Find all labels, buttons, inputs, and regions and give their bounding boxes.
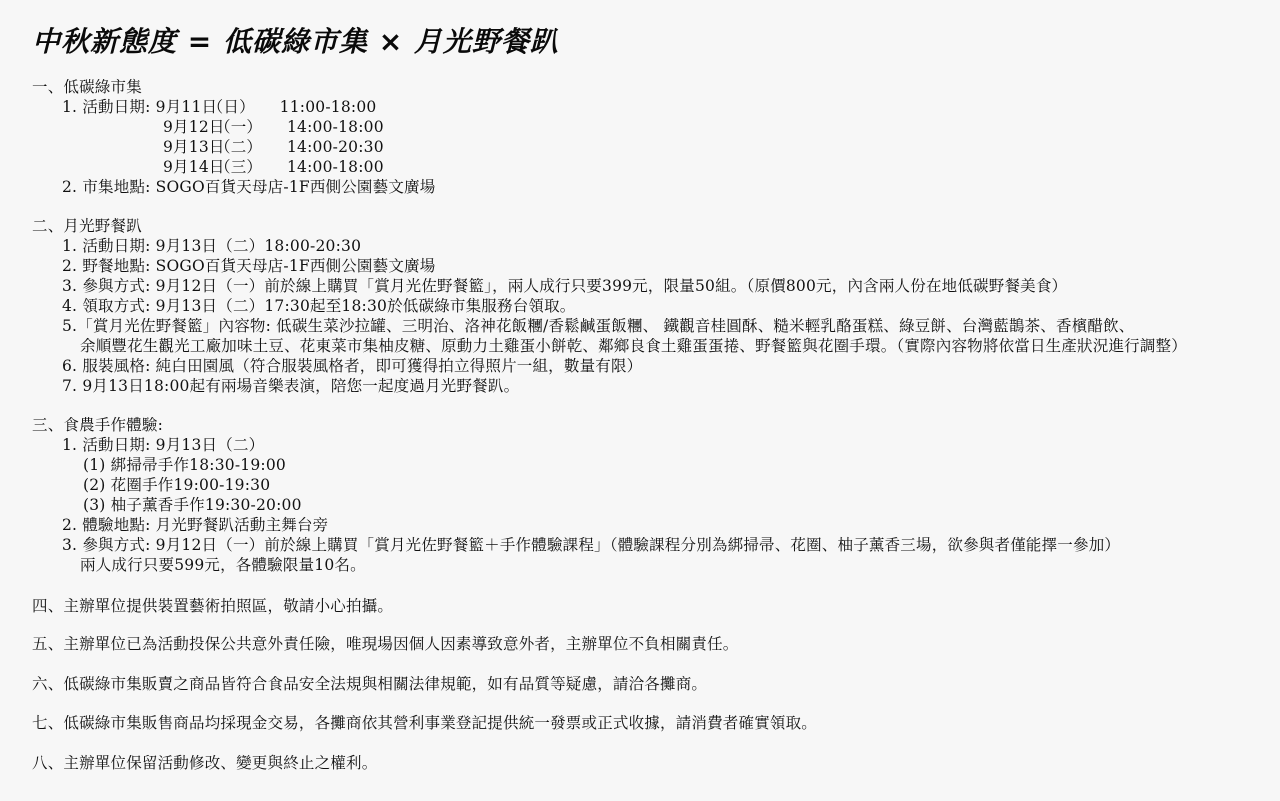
section-heading-workshop: 三、食農手作體驗: (32, 415, 163, 435)
market-dates-row-3: 9月13日 （二）14:00-20:30 (163, 137, 384, 157)
note-rights-reserved: 八、主辦單位保留活動修改、變更與終止之權利。 (32, 753, 377, 773)
market-time: 11:00-18:00 (280, 98, 377, 116)
market-dates-row-1: 1. 活動日期: 9月11日（日）11:00-18:00 (62, 97, 376, 117)
market-dates-row-4: 9月14日 （三）14:00-18:00 (163, 157, 384, 177)
workshop-participation: 3. 參與方式: 9月12日（一）前於線上購買「賞月光佐野餐籃＋手作體驗課程」（… (62, 535, 1120, 555)
market-weekday: （日） (208, 97, 280, 117)
page-title: 中秋新態度 = 低碳綠市集 × 月光野餐趴 (32, 24, 559, 60)
note-insurance: 五、主辦單位已為活動投保公共意外責任險，唯現場因個人因素導致意外者，主辦單位不負… (32, 634, 739, 654)
market-time: 14:00-20:30 (287, 138, 384, 156)
picnic-item-dresscode: 6. 服裝風格: 純白田園風（符合服裝風格者，即可獲得拍立得照片一組，數量有限） (62, 356, 642, 376)
section-heading-picnic: 二、月光野餐趴 (32, 216, 142, 236)
market-weekday: （三） (215, 157, 287, 177)
section-heading-market: 一、低碳綠市集 (32, 77, 142, 97)
market-weekday: （二） (215, 137, 287, 157)
market-date: 9月13日 (163, 137, 215, 157)
market-dates-label: 1. 活動日期: (62, 98, 156, 116)
picnic-item-contents: 5.「賞月光佐野餐籃」內容物: 低碳生菜沙拉罐、三明治、洛神花飯糰/香鬆鹹蛋飯糰… (62, 316, 1135, 336)
picnic-item-participation: 3. 參與方式: 9月12日（一）前於線上購買「賞月光佐野餐籃」，兩人成行只要3… (62, 276, 1067, 296)
picnic-item-location: 2. 野餐地點: SOGO百貨天母店-1F西側公園藝文廣場 (62, 256, 435, 276)
market-dates-row-2: 9月12日 （一）14:00-18:00 (163, 117, 384, 137)
picnic-item-pickup: 4. 領取方式: 9月13日（二）17:30起至18:30於低碳綠市集服務台領取… (62, 296, 576, 316)
market-date: 9月14日 (163, 157, 215, 177)
note-photo-area: 四、主辦單位提供裝置藝術拍照區，敬請小心拍攝。 (32, 596, 393, 616)
workshop-session-2: (2) 花圈手作19:00-19:30 (83, 475, 270, 495)
market-weekday: （一） (215, 117, 287, 137)
picnic-item-date: 1. 活動日期: 9月13日（二）18:00-20:30 (62, 236, 361, 256)
market-time: 14:00-18:00 (287, 158, 384, 176)
picnic-item-music: 7. 9月13日18:00起有兩場音樂表演，陪您一起度過月光野餐趴。 (62, 376, 519, 396)
workshop-participation-cont: 兩人成行只要599元，各體驗限量10名。 (80, 555, 366, 575)
market-date: 9月11日 (156, 97, 208, 117)
workshop-date: 1. 活動日期: 9月13日（二） (62, 435, 264, 455)
note-food-safety: 六、低碳綠市集販賣之商品皆符合食品安全法規與相關法律規範，如有品質等疑慮，請洽各… (32, 674, 707, 694)
market-location: 2. 市集地點: SOGO百貨天母店-1F西側公園藝文廣場 (62, 177, 435, 197)
workshop-location: 2. 體驗地點: 月光野餐趴活動主舞台旁 (62, 515, 328, 535)
picnic-item-contents-cont: 余順豐花生觀光工廠加味土豆、花東菜市集柚皮糖、原動力土雞蛋小餅乾、鄰鄉良食土雞蛋… (80, 336, 1187, 356)
note-cash-payment: 七、低碳綠市集販售商品均採現金交易，各攤商依其營利事業登記提供統一發票或正式收據… (32, 713, 817, 733)
market-time: 14:00-18:00 (287, 118, 384, 136)
workshop-session-3: (3) 柚子薰香手作19:30-20:00 (83, 495, 302, 515)
market-date: 9月12日 (163, 117, 215, 137)
workshop-session-1: (1) 綁掃帚手作18:30-19:00 (83, 455, 286, 475)
